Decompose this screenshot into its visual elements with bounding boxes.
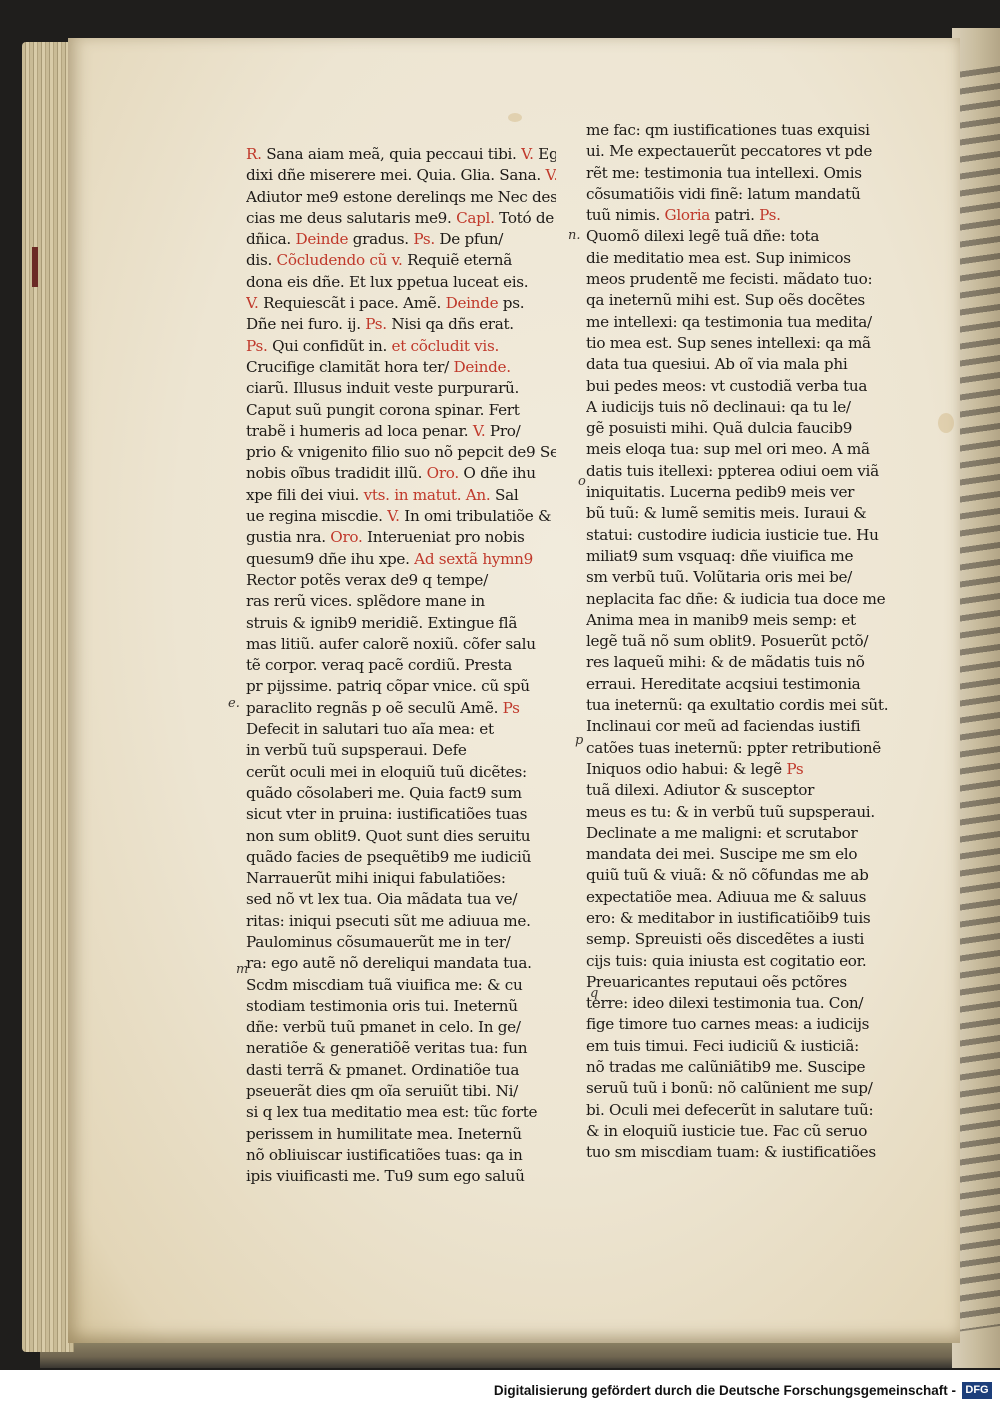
text-line: nõ obliuiscar iustificatiões tuas: qa in — [246, 1145, 556, 1166]
text-line: Crucifige clamitãt hora ter/ Deinde. — [246, 357, 556, 378]
text-line: Declinate a me maligni: et scrutabor — [586, 823, 908, 844]
text-line: meis eloqa tua: sup mel ori meo. A mã — [586, 439, 908, 460]
text-line: sm verbũ tuũ. Volũtaria oris mei be/ — [586, 567, 908, 588]
text-line: terre: ideo dilexi testimonia tua. Con/ — [586, 993, 908, 1014]
text-line: tua ineternũ: qa exultatio cordis mei sũ… — [586, 695, 908, 716]
text-line: quãdo facies de psequẽtib9 me iudiciũ — [246, 847, 556, 868]
text-line: miliat9 sum vsquaq: dñe viuifica me — [586, 546, 908, 567]
text-line: qa ineternũ mihi est. Sup oẽs docẽtes — [586, 290, 908, 311]
text-line: Iniquos odio habui: & legẽ Ps — [586, 759, 908, 780]
text-line: quãdo cõsolaberi me. Quia fact9 sum — [246, 783, 556, 804]
text-line: tuũ nimis. Gloria patri. Ps. — [586, 205, 908, 226]
text-line: xpe fili dei viui. vts. in matut. An. Sa… — [246, 485, 556, 506]
text-line: Anima mea in manib9 meis semp: et — [586, 610, 908, 631]
text-line: Quomõ dilexi legẽ tuã dñe: tota — [586, 226, 908, 247]
text-line: Dñe nei furo. ij. Ps. Nisi qa dñs erat. — [246, 314, 556, 335]
text-line: dñica. Deinde gradus. Ps. De pfun/ — [246, 229, 556, 250]
text-line: V. Requiescãt i pace. Amẽ. Deinde ps. — [246, 293, 556, 314]
text-line: perissem in humilitate mea. Ineternũ — [246, 1124, 556, 1145]
text-line: meos prudentẽ me fecisti. mãdato tuo: — [586, 269, 908, 290]
text-line: sed nõ vt lex tua. Oia mãdata tua ve/ — [246, 889, 556, 910]
text-line: R. Sana aiam meã, quia peccaui tibi. V. … — [246, 144, 556, 165]
text-line: dixi dñe miserere mei. Quia. Glia. Sana.… — [246, 165, 556, 186]
text-line: Adiutor me9 estone derelinqs me Nec desp… — [246, 187, 556, 208]
text-line: legẽ tuã nõ sum oblit9. Posuerũt pctõ/ — [586, 631, 908, 652]
text-line: die meditatio mea est. Sup inimicos — [586, 248, 908, 269]
text-line: Rector potẽs verax de9 q tempe/ — [246, 570, 556, 591]
text-line: dona eis dñe. Et lux ppetua luceat eis. — [246, 272, 556, 293]
text-line: tẽ corpor. veraq pacẽ cordiũ. Presta — [246, 655, 556, 676]
text-line: ciarũ. Illusus induit veste purpurarũ. — [246, 378, 556, 399]
text-line: in verbũ tuũ supsperaui. Defe — [246, 740, 556, 761]
text-line: dasti terrã & pmanet. Ordinatiõe tua — [246, 1060, 556, 1081]
text-line: Caput suũ pungit corona spinar. Fert — [246, 400, 556, 421]
text-line: tuã dilexi. Adiutor & susceptor — [586, 780, 908, 801]
text-line: ras rerũ vices. splẽdore mane in — [246, 591, 556, 612]
text-line: erraui. Hereditate acqsiui testimonia — [586, 674, 908, 695]
page-edges — [22, 42, 74, 1352]
text-line: ui. Me expectauerũt peccatores vt pde — [586, 141, 908, 162]
text-line: ritas: iniqui psecuti sũt me adiuua me. — [246, 911, 556, 932]
bookmark-ribbon — [32, 247, 38, 287]
text-line: cõsumatiõis vidi finẽ: latum mandatũ — [586, 184, 908, 205]
text-line: iniquitatis. Lucerna pedib9 meis ver — [586, 482, 908, 503]
text-line: me fac: qm iustificationes tuas exquisi — [586, 120, 908, 141]
text-line: quesum9 dñe ihu xpe. Ad sextã hymn9 — [246, 549, 556, 570]
text-line: struis & ignib9 meridiẽ. Extingue flã — [246, 613, 556, 634]
text-line: sicut vter in pruina: iustificatiões tua… — [246, 804, 556, 825]
text-line: neplacita fac dñe: & iudicia tua doce me — [586, 589, 908, 610]
text-line: em tuis timui. Feci iudiciũ & iusticiã: — [586, 1036, 908, 1057]
margin-mark: p — [575, 733, 583, 748]
text-line: Inclinaui cor meũ ad faciendas iustifi — [586, 716, 908, 737]
text-line: statui: custodire iudicia iusticie tue. … — [586, 525, 908, 546]
text-line: catões tuas ineternũ: ppter retributionẽ — [586, 738, 908, 759]
funding-credit: Digitalisierung gefördert durch die Deut… — [494, 1383, 956, 1398]
text-line: nõ tradas me calũniãtib9 me. Suscipe — [586, 1057, 908, 1078]
text-line: cias me deus salutaris me9. Capl. Totó d… — [246, 208, 556, 229]
text-line: paraclito regnãs p oẽ seculũ Amẽ. Ps — [246, 698, 556, 719]
dfg-logo: DFG — [962, 1382, 992, 1399]
text-line: cijs tuis: quia iniusta est cogitatio eo… — [586, 951, 908, 972]
text-line: tio mea est. Sup senes intellexi: qa mã — [586, 333, 908, 354]
text-line: seruũ tuũ i bonũ: nõ calũnient me sup/ — [586, 1078, 908, 1099]
text-line: quiũ tuũ & viuã: & nõ cõfundas me ab — [586, 865, 908, 886]
text-line: dñe: verbũ tuũ pmanet in celo. In ge/ — [246, 1017, 556, 1038]
text-line: meus es tu: & in verbũ tuũ supsperaui. — [586, 802, 908, 823]
text-line: nobis oĩbus tradidit illũ. Oro. O dñe ih… — [246, 463, 556, 484]
text-line: ero: & meditabor in iustificatiõib9 tuis — [586, 908, 908, 929]
book-scan: n. e. m o p q R. Sana aiam meã, quia pec… — [0, 0, 1000, 1370]
text-line: me intellexi: qa testimonia tua medita/ — [586, 312, 908, 333]
text-line: gẽ posuisti mihi. Quã dulcia faucib9 — [586, 418, 908, 439]
footer: Digitalisierung gefördert durch die Deut… — [0, 1370, 1000, 1412]
book-cover-edge — [40, 1340, 1000, 1368]
text-line: neratiõe & generatiõẽ veritas tua: fun — [246, 1038, 556, 1059]
text-line: stodiam testimonia oris tui. Ineternũ — [246, 996, 556, 1017]
text-column-left: R. Sana aiam meã, quia peccaui tibi. V. … — [246, 144, 556, 1188]
text-line: Narrauerũt mihi iniqui fabulatiões: — [246, 868, 556, 889]
text-line: bũ tuũ: & lumẽ semitis meis. Iuraui & — [586, 503, 908, 524]
margin-mark: o — [578, 474, 586, 489]
text-line: ipis viuificasti me. Tu9 sum ego saluũ — [246, 1166, 556, 1187]
text-line: ra: ego autẽ nõ dereliqui mandata tua. — [246, 953, 556, 974]
text-line: bi. Oculi mei defecerũt in salutare tuũ: — [586, 1100, 908, 1121]
text-line: & in eloquiũ iusticie tue. Fac cũ seruo — [586, 1121, 908, 1142]
text-line: datis tuis itellexi: ppterea odiui oem v… — [586, 461, 908, 482]
text-line: Paulominus cõsumauerũt me in ter/ — [246, 932, 556, 953]
text-line: fige timore tuo carnes meas: a iudicijs — [586, 1014, 908, 1035]
text-line: tuo sm miscdiam tuam: & iustificatiões — [586, 1142, 908, 1163]
text-line: ue regina miscdie. V. In omi tribulatiõe… — [246, 506, 556, 527]
text-line: Ps. Qui confidũt in. et cõcludit vis. — [246, 336, 556, 357]
margin-mark: e. — [228, 696, 240, 711]
text-line: expectatiõe mea. Adiuua me & saluus — [586, 887, 908, 908]
text-line: Scdm miscdiam tuã viuifica me: & cu — [246, 975, 556, 996]
text-line: prio & vnigenito filio suo nõ pepcit de9… — [246, 442, 556, 463]
text-line: pseuerãt dies qm oĩa seruiũt tibi. Ni/ — [246, 1081, 556, 1102]
text-column-right: me fac: qm iustificationes tuas exquisiu… — [586, 120, 908, 1164]
text-line: non sum oblit9. Quot sunt dies seruitu — [246, 826, 556, 847]
text-line: Defecit in salutari tuo aĩa mea: et — [246, 719, 556, 740]
text-line: mas litiũ. aufer calorẽ noxiũ. cõfer sal… — [246, 634, 556, 655]
text-line: bui pedes meos: vt custodiã verba tua — [586, 376, 908, 397]
margin-mark: n. — [568, 228, 581, 243]
text-line: mandata dei mei. Suscipe me sm elo — [586, 844, 908, 865]
text-line: rẽt me: testimonia tua intellexi. Omis — [586, 163, 908, 184]
text-line: si q lex tua meditatio mea est: tũc fort… — [246, 1102, 556, 1123]
text-line: A iudicijs tuis nõ declinaui: qa tu le/ — [586, 397, 908, 418]
text-line: data tua quesiui. Ab oĩ via mala phi — [586, 354, 908, 375]
text-line: res laqueũ mihi: & de mãdatis tuis nõ — [586, 652, 908, 673]
text-line: gustia nra. Oro. Interueniat pro nobis — [246, 527, 556, 548]
text-line: pr pijssime. patriq cõpar vnice. cũ spũ — [246, 676, 556, 697]
text-line: semp. Spreuisti oẽs discedẽtes a iusti — [586, 929, 908, 950]
text-line: Preuaricantes reputaui oẽs pctõres — [586, 972, 908, 993]
text-line: trabẽ i humeris ad loca penar. V. Pro/ — [246, 421, 556, 442]
text-line: dis. Cõcludendo cũ v. Requiẽ eternã — [246, 250, 556, 271]
text-line: cerũt oculi mei in eloquiũ tuũ dicẽtes: — [246, 762, 556, 783]
